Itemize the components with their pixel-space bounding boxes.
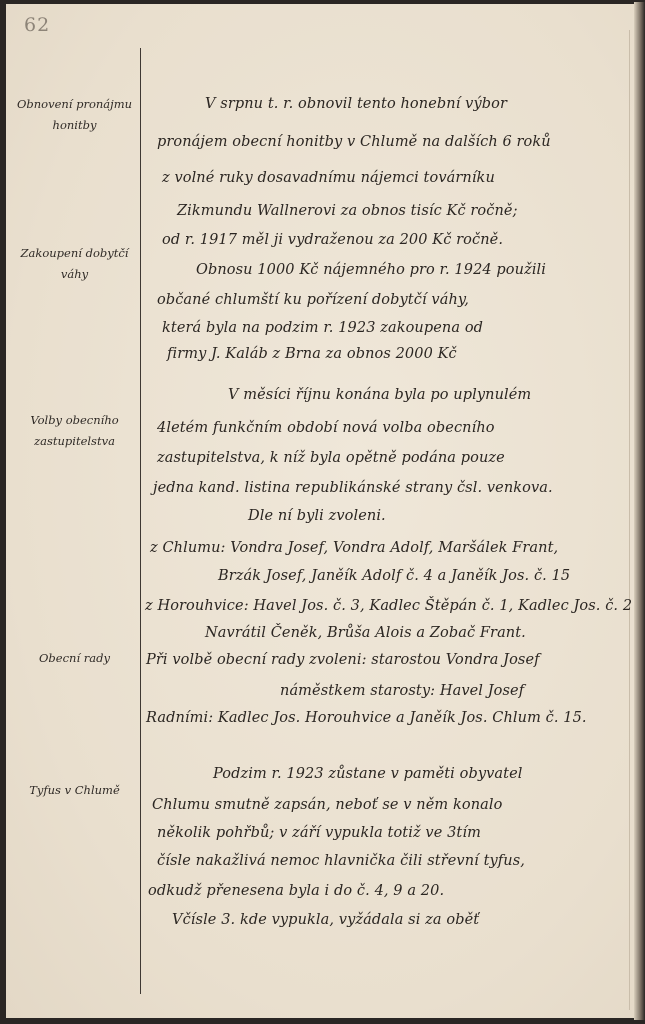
margin-note-line: Volby obecního bbox=[12, 410, 137, 431]
body-line: několik pohřbů; v září vypukla totiž ve … bbox=[157, 825, 481, 841]
margin-note-council-elections: Volby obecního zastupitelstva bbox=[12, 410, 137, 452]
body-line: která byla na podzim r. 1923 zakoupena o… bbox=[162, 320, 483, 336]
body-line: Při volbě obecní rady zvoleni: starostou… bbox=[146, 652, 540, 668]
body-line: náměstkem starosty: Havel Josef bbox=[280, 683, 524, 699]
body-line: Navrátil Čeněk, Brůša Alois a Zobač Fran… bbox=[205, 625, 526, 641]
margin-note-hunting-lease: Obnovení pronájmu honitby bbox=[12, 94, 137, 136]
right-fold-line bbox=[629, 30, 630, 1010]
body-line: z Horouhvice: Havel Jos. č. 3, Kadlec Št… bbox=[145, 598, 632, 614]
margin-note-municipal-board: Obecní rady bbox=[12, 648, 137, 669]
body-line: Obnosu 1000 Kč nájemného pro r. 1924 pou… bbox=[196, 262, 546, 278]
body-line: Chlumu smutně zapsán, neboť se v něm kon… bbox=[152, 797, 502, 813]
margin-note-typhus: Tyfus v Chlumě bbox=[12, 780, 137, 801]
body-line: odkudž přenesena byla i do č. 4, 9 a 20. bbox=[148, 883, 444, 899]
body-line: Brzák Josef, Janěík Adolf č. 4 a Janěík … bbox=[218, 568, 570, 584]
margin-note-line: váhy bbox=[12, 264, 137, 285]
body-line: jedna kand. listina republikánské strany… bbox=[153, 480, 553, 496]
body-line: od r. 1917 měl ji vydraženou za 200 Kč r… bbox=[162, 232, 503, 248]
margin-note-line: Zakoupení dobytčí bbox=[12, 243, 137, 264]
body-line: občané chlumští ku pořízení dobytčí váhy… bbox=[157, 292, 469, 308]
body-line: 4letém funkčním období nová volba obecní… bbox=[157, 420, 495, 436]
body-line: V srpnu t. r. obnovil tento honební výbo… bbox=[205, 96, 507, 112]
margin-note-line: Tyfus v Chlumě bbox=[12, 780, 137, 801]
margin-note-line: Obnovení pronájmu bbox=[12, 94, 137, 115]
body-line: Radními: Kadlec Jos. Horouhvice a Janěík… bbox=[146, 710, 587, 726]
body-line: Dle ní byli zvoleni. bbox=[248, 508, 386, 524]
margin-note-line: zastupitelstva bbox=[12, 431, 137, 452]
margin-rule bbox=[140, 48, 141, 994]
margin-note-cattle-scale: Zakoupení dobytčí váhy bbox=[12, 243, 137, 285]
margin-note-line: Obecní rady bbox=[12, 648, 137, 669]
margin-note-line: honitby bbox=[12, 115, 137, 136]
body-line: z volné ruky dosavadnímu nájemci tovární… bbox=[162, 170, 495, 186]
body-line: firmy J. Kaláb z Brna za obnos 2000 Kč bbox=[167, 346, 457, 362]
body-line: Včísle 3. kde vypukla, vyžádala si za ob… bbox=[172, 912, 479, 928]
body-line: Zikmundu Wallnerovi za obnos tisíc Kč ro… bbox=[177, 203, 518, 219]
body-line: zastupitelstva, k níž byla opětně podána… bbox=[157, 450, 505, 466]
body-line: V měsíci říjnu konána byla po uplynulém bbox=[228, 387, 531, 403]
body-line: Podzim r. 1923 zůstane v paměti obyvatel bbox=[213, 766, 523, 782]
body-line: z Chlumu: Vondra Josef, Vondra Adolf, Ma… bbox=[150, 540, 558, 556]
page-edge bbox=[634, 2, 645, 1020]
page-number: 62 bbox=[24, 14, 50, 36]
body-line: pronájem obecní honitby v Chlumě na dalš… bbox=[157, 134, 551, 150]
body-line: čísle nakažlivá nemoc hlavnička čili stř… bbox=[157, 853, 525, 869]
